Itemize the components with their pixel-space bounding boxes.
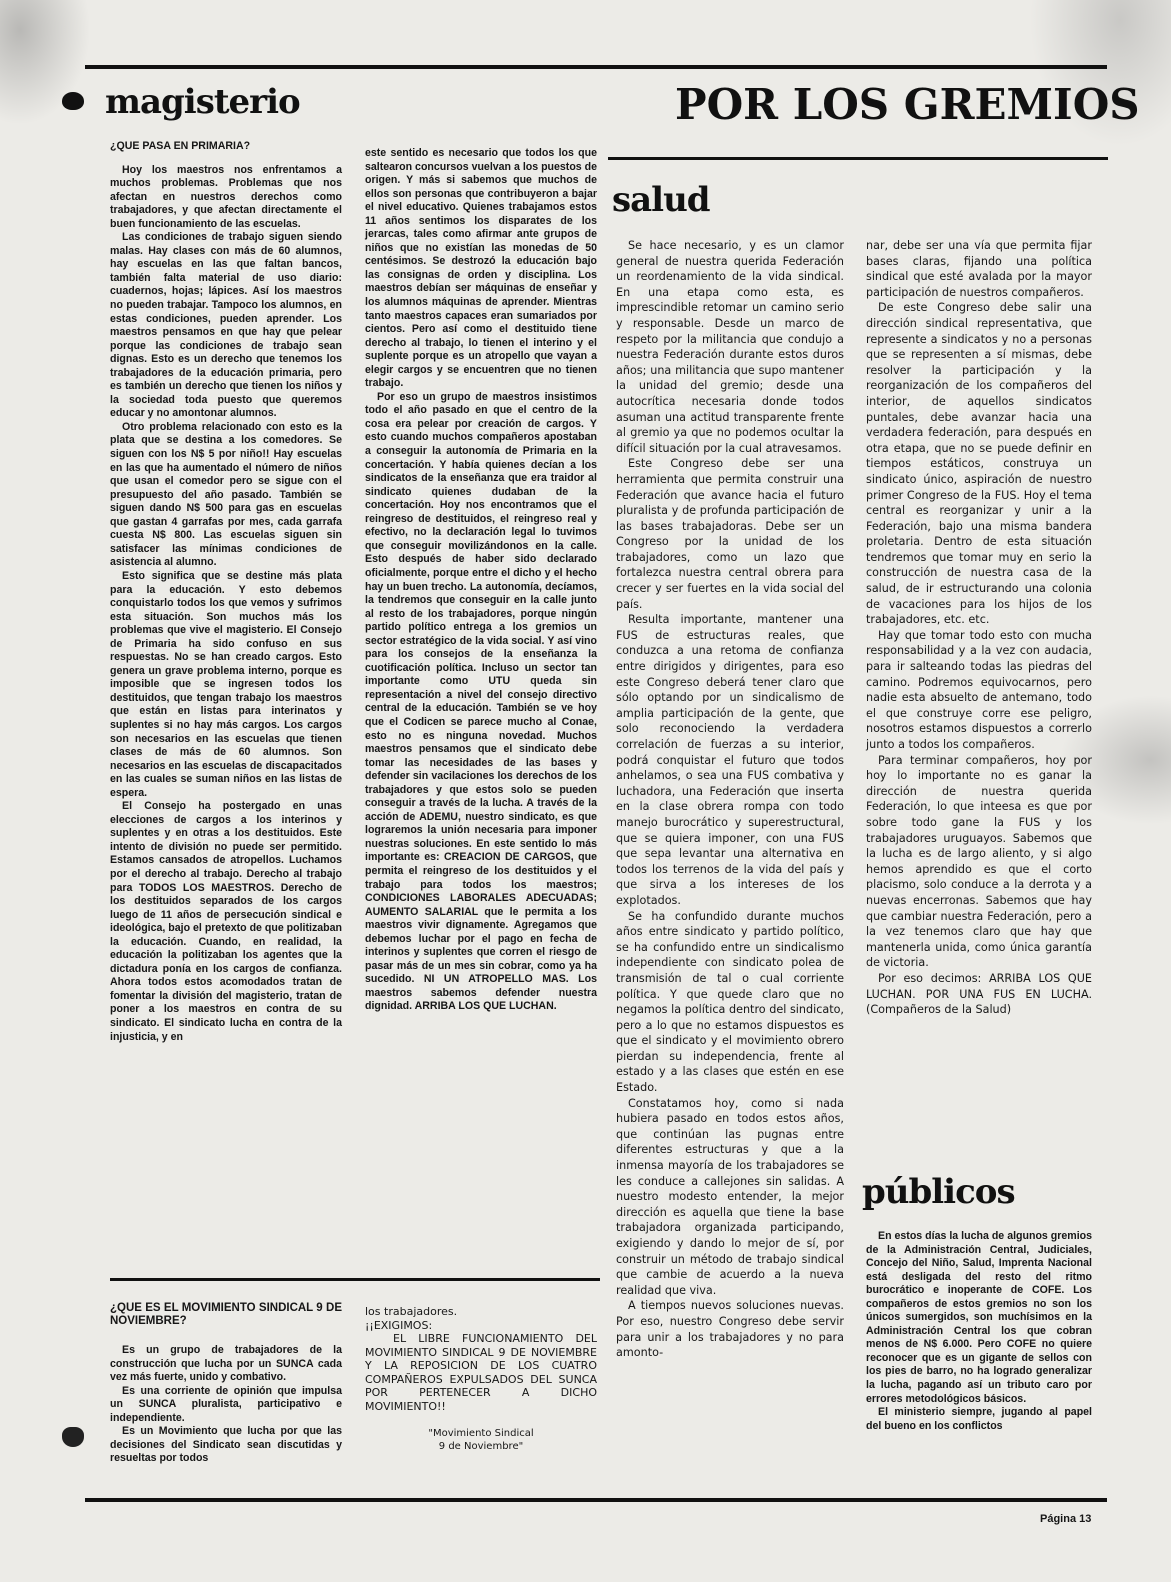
signature-line: "Movimiento Sindical bbox=[365, 1427, 597, 1440]
section-title-publicos: públicos bbox=[862, 1172, 1015, 1212]
paragraph: Por eso decimos: ARRIBA LOS QUE LUCHAN. … bbox=[866, 971, 1092, 1018]
top-rule bbox=[85, 65, 1107, 69]
section-divider bbox=[110, 1278, 600, 1281]
paragraph: Se ha confundido durante muchos años ent… bbox=[616, 909, 844, 1096]
page-number: Página 13 bbox=[1040, 1513, 1091, 1525]
newspaper-page: magisterio POR LOS GREMIOS ¿QUE PASA EN … bbox=[0, 0, 1171, 1582]
paragraph: este sentido es necesario que todos los … bbox=[365, 147, 597, 391]
demand-text: EL LIBRE FUNCIONAMIENTO DEL MOVIMIENTO S… bbox=[365, 1332, 597, 1413]
paragraph: nar, debe ser una vía que permita fijar … bbox=[866, 238, 1092, 300]
paragraph: Es una corriente de opinión que impulsa … bbox=[110, 1385, 342, 1426]
decorative-ornament-icon bbox=[62, 92, 84, 110]
paragraph: Hay que tomar todo esto con mucha respon… bbox=[866, 628, 1092, 753]
movimiento-column-2: los trabajadores. ¡¡EXIGIMOS: EL LIBRE F… bbox=[365, 1305, 597, 1453]
paragraph: Esto significa que se destine más plata … bbox=[110, 570, 342, 800]
paragraph: Se hace necesario, y es un clamor genera… bbox=[616, 238, 844, 456]
paragraph: Por eso un grupo de maestros insistimos … bbox=[365, 391, 597, 1014]
paragraph: Es un grupo de trabajadores de la constr… bbox=[110, 1344, 342, 1385]
section-label-magisterio: magisterio bbox=[105, 82, 300, 122]
paragraph: El ministerio siempre, jugando al papel … bbox=[866, 1406, 1092, 1433]
section-title-salud: salud bbox=[612, 180, 710, 220]
article-heading: ¿QUE PASA EN PRIMARIA? bbox=[110, 140, 342, 154]
magisterio-column-2: este sentido es necesario que todos los … bbox=[365, 147, 597, 1014]
paragraph: Es un Movimiento que lucha por que las d… bbox=[110, 1425, 342, 1466]
magisterio-column-1: ¿QUE PASA EN PRIMARIA? Hoy los maestros … bbox=[110, 140, 342, 1044]
paragraph: Resulta importante, mantener una FUS de … bbox=[616, 612, 844, 908]
paragraph: En estos días la lucha de algunos gremio… bbox=[866, 1230, 1092, 1406]
signature-line: 9 de Noviembre" bbox=[365, 1440, 597, 1453]
signature: "Movimiento Sindical 9 de Noviembre" bbox=[365, 1427, 597, 1453]
exigimos-label: ¡¡EXIGIMOS: bbox=[365, 1319, 597, 1333]
paragraph: Hoy los maestros nos enfrentamos a mucho… bbox=[110, 164, 342, 232]
paragraph: Este Congreso debe ser una herramienta q… bbox=[616, 456, 844, 612]
salud-column-1: Se hace necesario, y es un clamor genera… bbox=[616, 238, 844, 1361]
article-heading: ¿QUE ES EL MOVIMIENTO SINDICAL 9 DE NOVI… bbox=[110, 1302, 342, 1328]
paragraph: Las condiciones de trabajo siguen siendo… bbox=[110, 231, 342, 421]
salud-column-2: nar, debe ser una vía que permita fijar … bbox=[866, 238, 1092, 1018]
bottom-rule bbox=[85, 1498, 1107, 1502]
publicos-column: En estos días la lucha de algunos gremio… bbox=[866, 1230, 1092, 1433]
paragraph: Para terminar compañeros, hoy por hoy lo… bbox=[866, 753, 1092, 971]
paragraph: A tiempos nuevos soluciones nuevas. Por … bbox=[616, 1298, 844, 1360]
decorative-ornament-icon bbox=[62, 1427, 84, 1447]
paragraph: Constatamos hoy, como si nada hubiera pa… bbox=[616, 1096, 844, 1299]
gremios-underline bbox=[608, 157, 1108, 160]
paragraph: Otro problema relacionado con esto es la… bbox=[110, 421, 342, 570]
page-title: POR LOS GREMIOS bbox=[675, 80, 1140, 129]
paragraph: El Consejo ha postergado en unas eleccio… bbox=[110, 800, 342, 1044]
paragraph: los trabajadores. bbox=[365, 1305, 597, 1319]
paragraph: De este Congreso debe salir una direcció… bbox=[866, 300, 1092, 627]
movimiento-column-1: ¿QUE ES EL MOVIMIENTO SINDICAL 9 DE NOVI… bbox=[110, 1302, 342, 1466]
